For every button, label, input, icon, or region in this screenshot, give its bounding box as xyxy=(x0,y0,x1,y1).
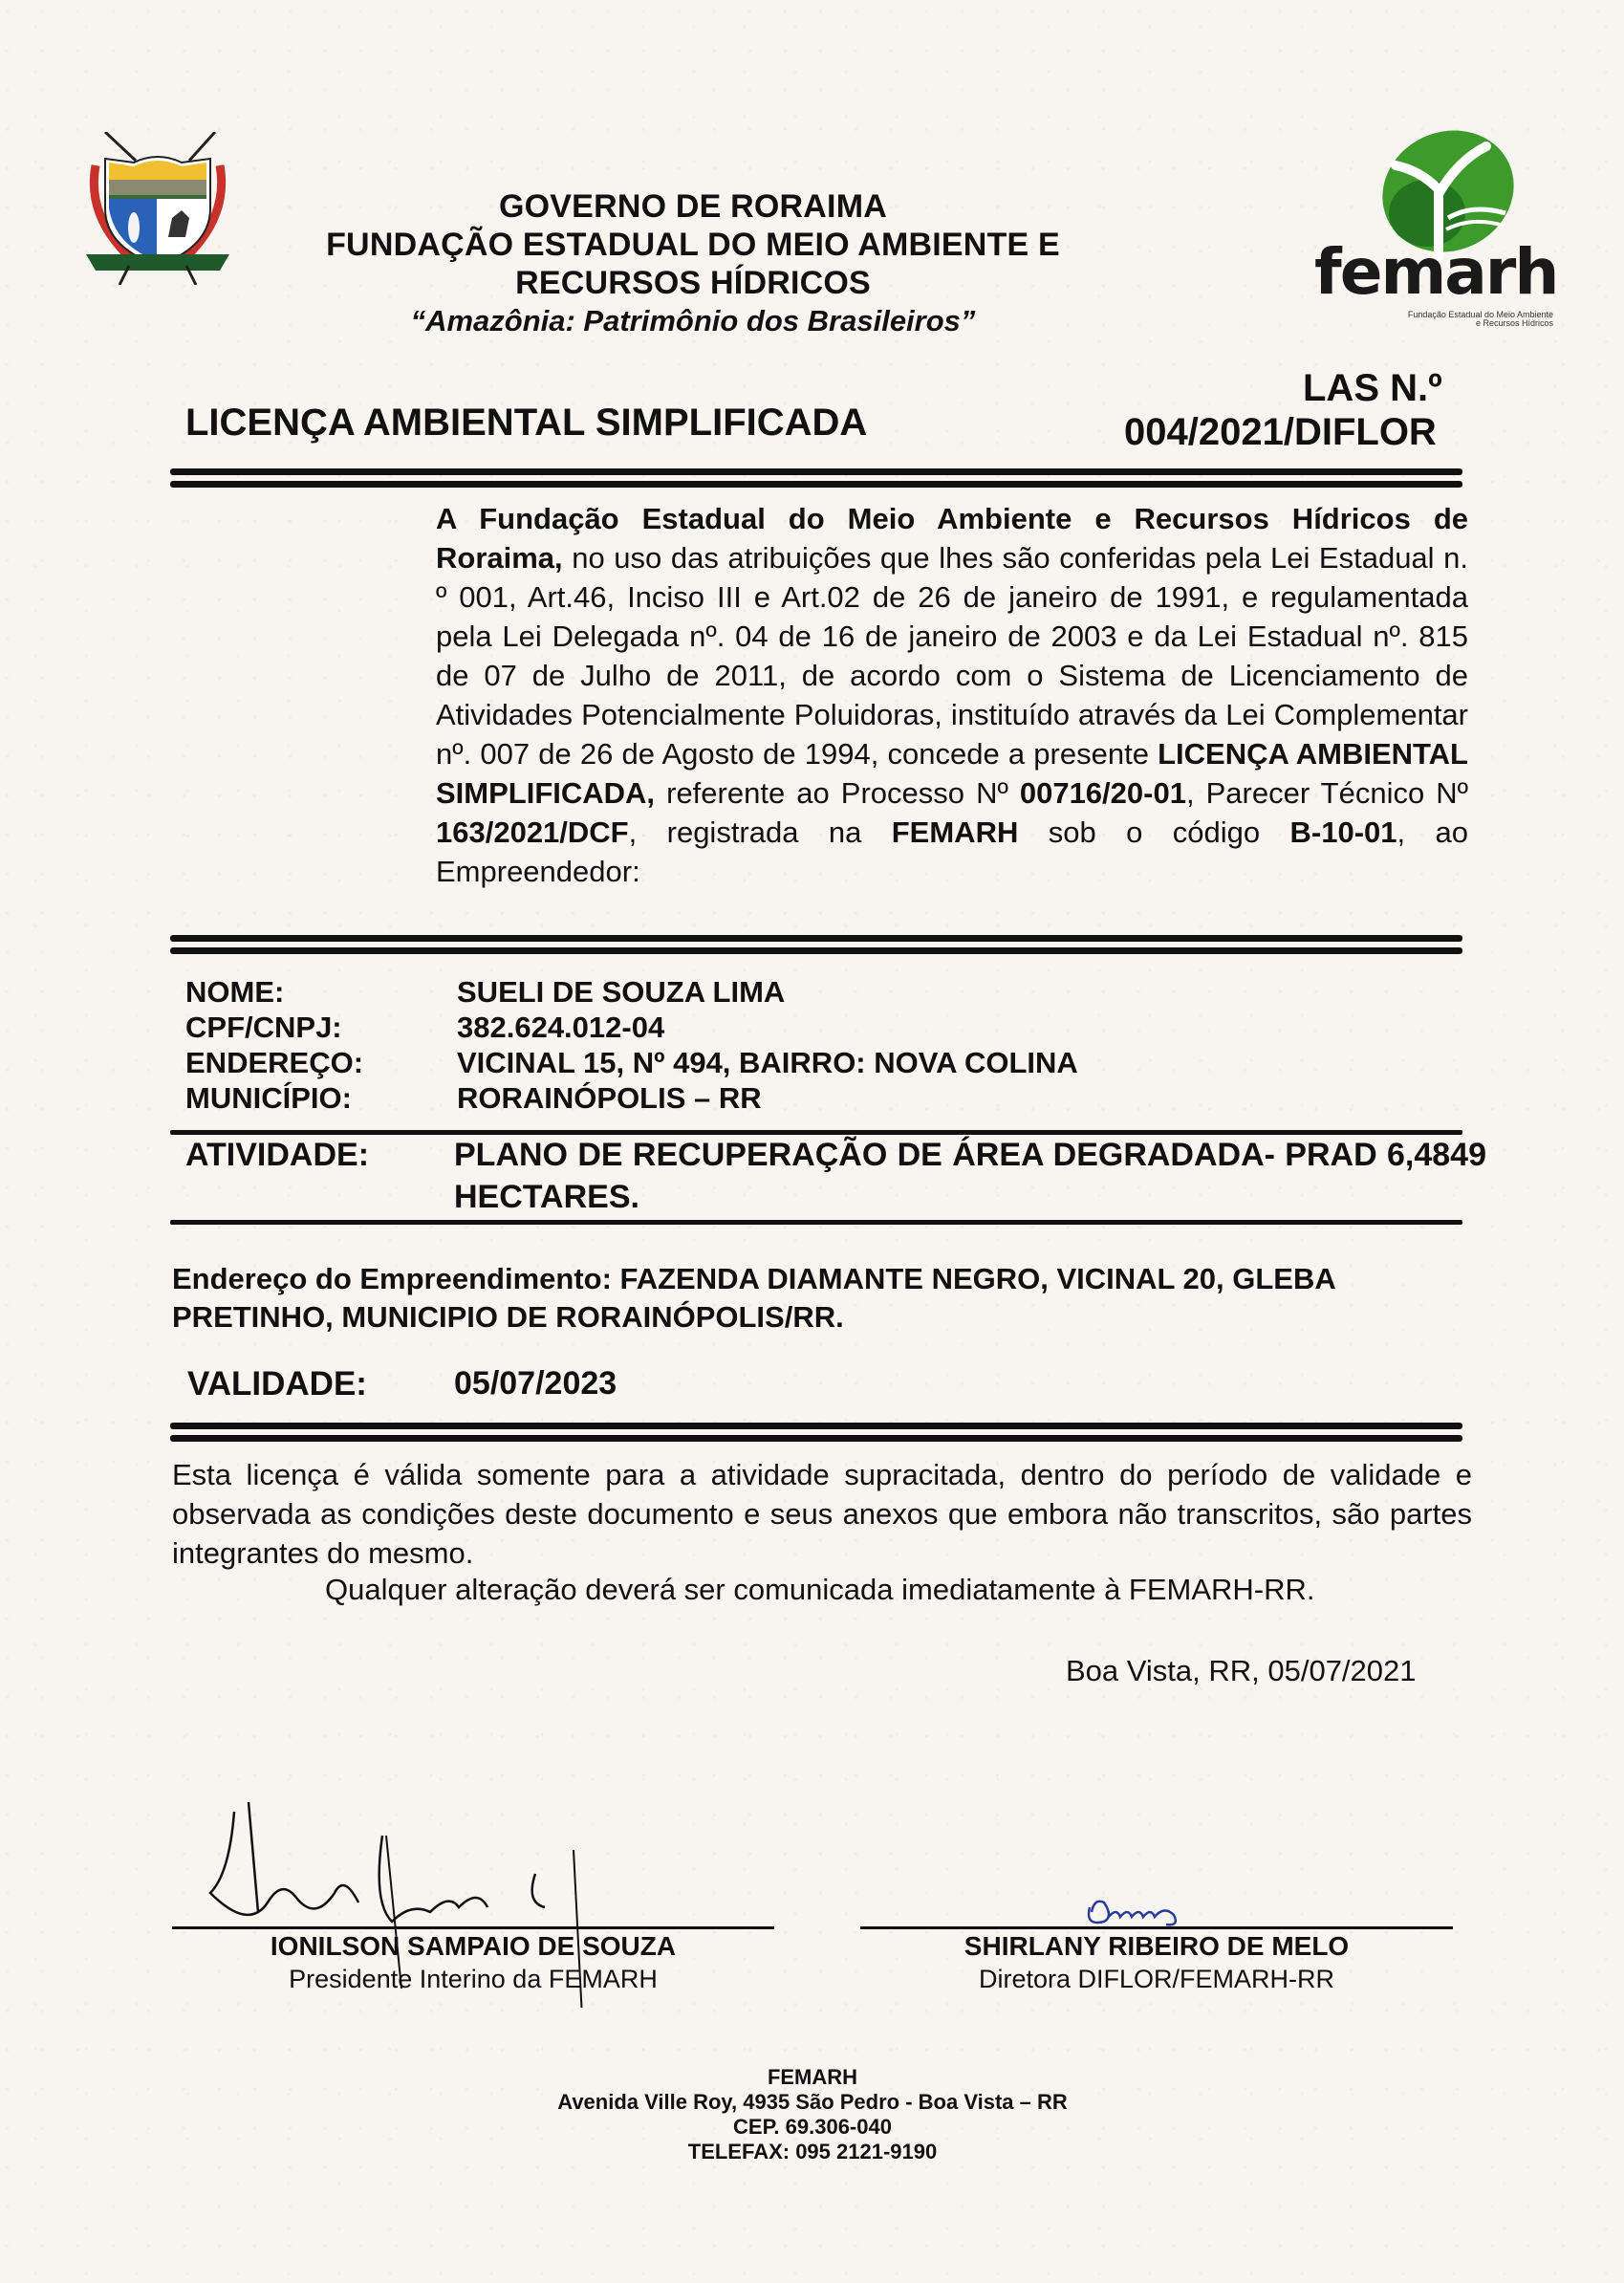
foundation-name-line1: FUNDAÇÃO ESTADUAL DO MEIO AMBIENTE E xyxy=(287,226,1099,264)
field-label: CPF/CNPJ: xyxy=(185,1011,342,1045)
signatory-name: SHIRLANY RIBEIRO DE MELO xyxy=(860,1931,1453,1962)
intro-text: sob o código xyxy=(1018,815,1289,849)
place-and-date: Boa Vista, RR, 05/07/2021 xyxy=(1066,1654,1417,1688)
field-label: NOME: xyxy=(185,975,284,1010)
femarh-logo: femarh Fundação Estadual do Meio Ambient… xyxy=(1314,122,1553,328)
validity-label: VALIDADE: xyxy=(187,1365,367,1403)
divider-double xyxy=(170,935,1462,954)
signatory-role: Diretora DIFLOR/FEMARH-RR xyxy=(860,1965,1453,1994)
document-title: LICENÇA AMBIENTAL SIMPLIFICADA xyxy=(185,402,867,445)
footer-org: FEMARH xyxy=(430,2065,1195,2090)
signature-line xyxy=(172,1926,774,1929)
site-address: Endereço do Empreendimento: FAZENDA DIAM… xyxy=(172,1260,1472,1337)
femarh-subtitle-line2: e Recursos Hídricos xyxy=(1324,318,1553,328)
technical-opinion-number: 163/2021/DCF xyxy=(436,815,629,849)
field-address-row: ENDEREÇO: VICINAL 15, Nº 494, BAIRRO: NO… xyxy=(0,1046,1624,1080)
field-name-row: NOME: SUELI DE SOUZA LIMA xyxy=(0,975,1624,1010)
divider-double xyxy=(170,468,1462,488)
field-cpf-row: CPF/CNPJ: 382.624.012-04 xyxy=(0,1011,1624,1045)
government-header: GOVERNO DE RORAIMA FUNDAÇÃO ESTADUAL DO … xyxy=(287,187,1099,340)
validity-terms: Esta licença é válida somente para a ati… xyxy=(172,1455,1472,1573)
activity-value: PLANO DE RECUPERAÇÃO DE ÁREA DEGRADADA- … xyxy=(454,1134,1486,1218)
signature-block-director: SHIRLANY RIBEIRO DE MELO Diretora DIFLOR… xyxy=(860,1797,1453,2008)
las-label: LAS N.º xyxy=(1303,367,1442,410)
footer-cep: CEP. 69.306-040 xyxy=(430,2115,1195,2140)
intro-paragraph: A Fundação Estadual do Meio Ambiente e R… xyxy=(436,499,1468,891)
field-label: MUNICÍPIO: xyxy=(185,1081,352,1116)
entrepreneur-address: VICINAL 15, Nº 494, BAIRRO: NOVA COLINA xyxy=(457,1046,1078,1080)
footer-contact: FEMARH Avenida Ville Roy, 4935 São Pedro… xyxy=(430,2065,1195,2164)
intro-text: , registrada na xyxy=(629,815,892,849)
intro-text: referente ao Processo Nº xyxy=(655,776,1020,810)
signatory-name: IONILSON SAMPAIO DE SOUZA xyxy=(172,1931,774,1962)
field-label: ENDEREÇO: xyxy=(185,1046,363,1080)
femarh-name: FEMARH xyxy=(892,815,1019,849)
activity-label: ATIVIDADE: xyxy=(185,1134,369,1176)
intro-text: , Parecer Técnico Nº xyxy=(1186,776,1468,810)
roraima-coat-of-arms-logo xyxy=(76,132,239,285)
divider-double xyxy=(170,1423,1462,1442)
government-name: GOVERNO DE RORAIMA xyxy=(287,187,1099,226)
validity-date: 05/07/2023 xyxy=(454,1365,617,1402)
intro-text: no uso das atribuições que lhes são conf… xyxy=(436,541,1468,771)
entrepreneur-municipality: RORAINÓPOLIS – RR xyxy=(457,1081,762,1116)
field-municipality-row: MUNICÍPIO: RORAINÓPOLIS – RR xyxy=(0,1081,1624,1116)
signatory-role: Presidente Interino da FEMARH xyxy=(172,1965,774,1994)
las-number: 004/2021/DIFLOR xyxy=(1124,411,1437,454)
entrepreneur-cpf: 382.624.012-04 xyxy=(457,1011,664,1045)
divider xyxy=(170,1220,1462,1225)
handwritten-signature-icon xyxy=(1080,1893,1271,1931)
motto: “Amazônia: Patrimônio dos Brasileiros” xyxy=(287,302,1099,340)
entrepreneur-name: SUELI DE SOUZA LIMA xyxy=(457,975,785,1010)
footer-address: Avenida Ville Roy, 4935 São Pedro - Boa … xyxy=(430,2090,1195,2115)
foundation-name-line2: RECURSOS HÍDRICOS xyxy=(287,264,1099,302)
registration-code: B-10-01 xyxy=(1290,815,1397,849)
signature-line xyxy=(860,1926,1453,1929)
footer-phone: TELEFAX: 095 2121-9190 xyxy=(430,2140,1195,2164)
activity-row: ATIVIDADE: PLANO DE RECUPERAÇÃO DE ÁREA … xyxy=(0,1134,1624,1220)
process-number: 00716/20-01 xyxy=(1020,776,1186,810)
femarh-wordmark: femarh xyxy=(1314,235,1553,309)
signature-block-president: IONILSON SAMPAIO DE SOUZA Presidente Int… xyxy=(172,1797,784,2008)
change-notice: Qualquer alteração deverá ser comunicada… xyxy=(325,1573,1315,1607)
